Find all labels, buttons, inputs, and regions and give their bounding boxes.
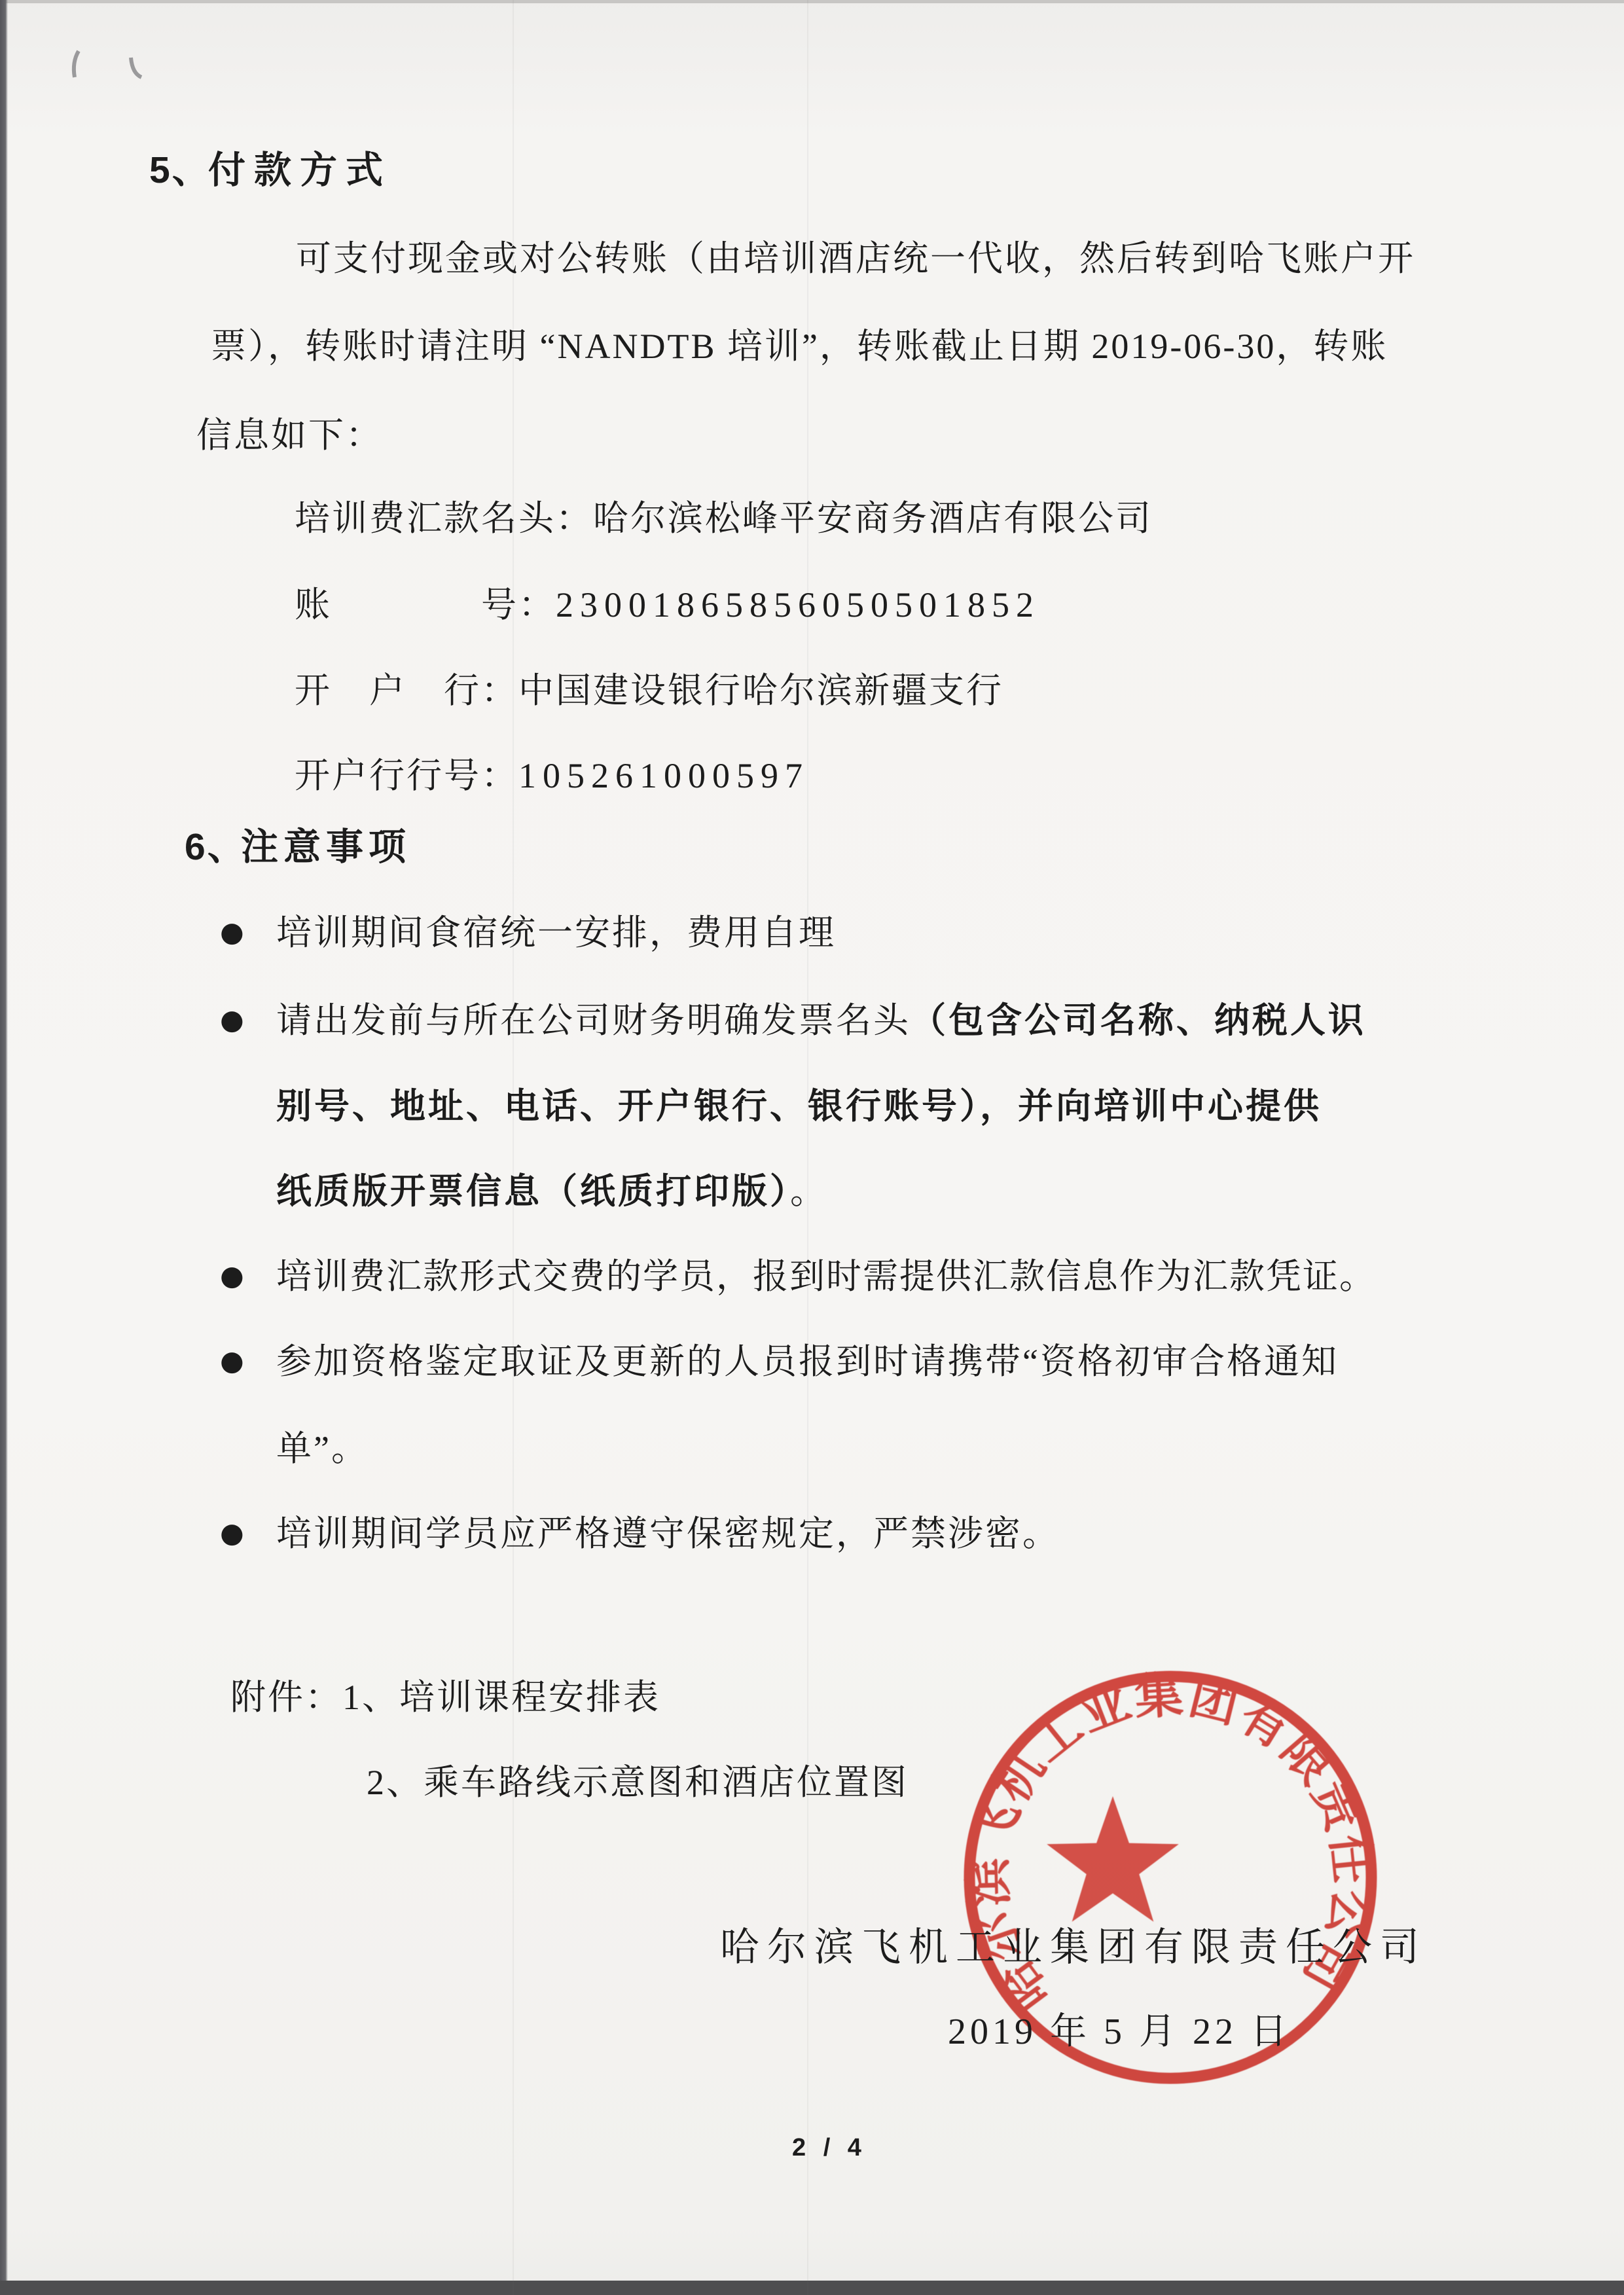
bank-branch-code-label: 开户行行号：: [295, 756, 518, 795]
payment-para-line3: 信息如下：: [196, 418, 383, 453]
payment-para-line2: 票），转账时请注明 “NANDTB 培训”，转账截止日期 2019-06-30，…: [211, 329, 1388, 364]
bullet-icon: ●: [220, 1006, 246, 1034]
section5-number: 5、: [149, 152, 211, 189]
attachment-line2: 2、乘车路线示意图和酒店位置图: [367, 1765, 909, 1800]
note-item-4-line2: 单”。: [276, 1431, 369, 1466]
bank-remit-name-value: 哈尔滨松峰平安商务酒店有限公司: [593, 499, 1153, 538]
note-item-5: ●培训期间学员应严格遵守保密规定，严禁涉密。: [276, 1516, 1060, 1551]
note-item-3-text: 培训费汇款形式交费的学员，报到时需提供汇款信息作为汇款凭证。: [276, 1257, 1376, 1296]
bank-branch-code-line: 开户行行号：105261000597: [295, 758, 809, 793]
signature-date: 2019 年 5 月 22 日: [948, 2014, 1291, 2050]
bullet-icon: ●: [220, 918, 246, 946]
bullet-icon: ●: [220, 1519, 246, 1547]
bank-branch-label: 开 户 行：: [295, 671, 518, 710]
scan-top-edge: [0, 0, 1624, 3]
bullet-icon: ●: [220, 1347, 246, 1375]
note-item-2-bold: （包含公司名称、纳税人识: [911, 1001, 1366, 1040]
note-item-2-line3-period: 。: [790, 1172, 827, 1211]
bullet-icon: ●: [220, 1262, 245, 1290]
seal-star-icon: [1047, 1796, 1179, 1922]
note-item-1-text: 培训期间食宿统一安排，费用自理: [276, 913, 836, 952]
note-item-3: ●培训费汇款形式交费的学员，报到时需提供汇款信息作为汇款凭证。: [276, 1259, 1376, 1294]
bank-account-label: 账 号：: [295, 585, 556, 624]
section5-title: 付款方式: [208, 152, 391, 189]
pen-mark-icon: [126, 54, 152, 86]
bank-branch-code-value: 105261000597: [518, 756, 809, 795]
scan-left-edge: [0, 0, 8, 2295]
note-item-1: ●培训期间食宿统一安排，费用自理: [276, 915, 836, 950]
note-item-2-line3: 纸质版开票信息（纸质打印版）。: [276, 1174, 827, 1209]
signature-company: 哈尔滨飞机工业集团有限责任公司: [720, 1928, 1427, 1967]
note-item-2-line1: ●请出发前与所在公司财务明确发票名头（包含公司名称、纳税人识: [276, 1003, 1366, 1038]
note-item-5-text: 培训期间学员应严格遵守保密规定，严禁涉密。: [276, 1514, 1060, 1553]
bank-branch-line: 开 户 行：中国建设银行哈尔滨新疆支行: [295, 673, 1003, 708]
bank-account-line: 账 号：23001865856050501852: [295, 587, 1040, 623]
scanned-document-page: 5、 付款方式 可支付现金或对公转账（由培训酒店统一代收，然后转到哈飞账户开 票…: [0, 0, 1624, 2295]
scan-bottom-edge: [0, 2281, 1624, 2295]
note-item-4-line1-text: 参加资格鉴定取证及更新的人员报到时请携带“资格初审合格通知: [276, 1342, 1339, 1381]
pen-mark-icon: [65, 46, 92, 85]
note-item-4-line1: ●参加资格鉴定取证及更新的人员报到时请携带“资格初审合格通知: [276, 1344, 1339, 1379]
note-item-2-regular: 请出发前与所在公司财务明确发票名头: [276, 1001, 911, 1040]
bank-remit-name-label: 培训费汇款名头：: [295, 499, 593, 538]
bank-remit-name-line: 培训费汇款名头：哈尔滨松峰平安商务酒店有限公司: [295, 501, 1153, 536]
bank-branch-value: 中国建设银行哈尔滨新疆支行: [518, 671, 1003, 710]
note-item-2-line3-bold: 纸质版开票信息（纸质打印版）: [276, 1172, 790, 1211]
section6-title: 注意事项: [241, 829, 411, 866]
payment-para-line1: 可支付现金或对公转账（由培训酒店统一代收，然后转到哈飞账户开: [296, 241, 1415, 276]
bank-account-number: 23001865856050501852: [556, 585, 1040, 624]
note-item-2-line2: 别号、地址、电话、开户银行、银行账号），并向培训中心提供: [276, 1089, 1322, 1124]
attachment-line1: 附件：1、培训课程安排表: [230, 1680, 660, 1715]
page-number: 2 / 4: [792, 2135, 867, 2160]
section6-number: 6、: [185, 829, 247, 866]
